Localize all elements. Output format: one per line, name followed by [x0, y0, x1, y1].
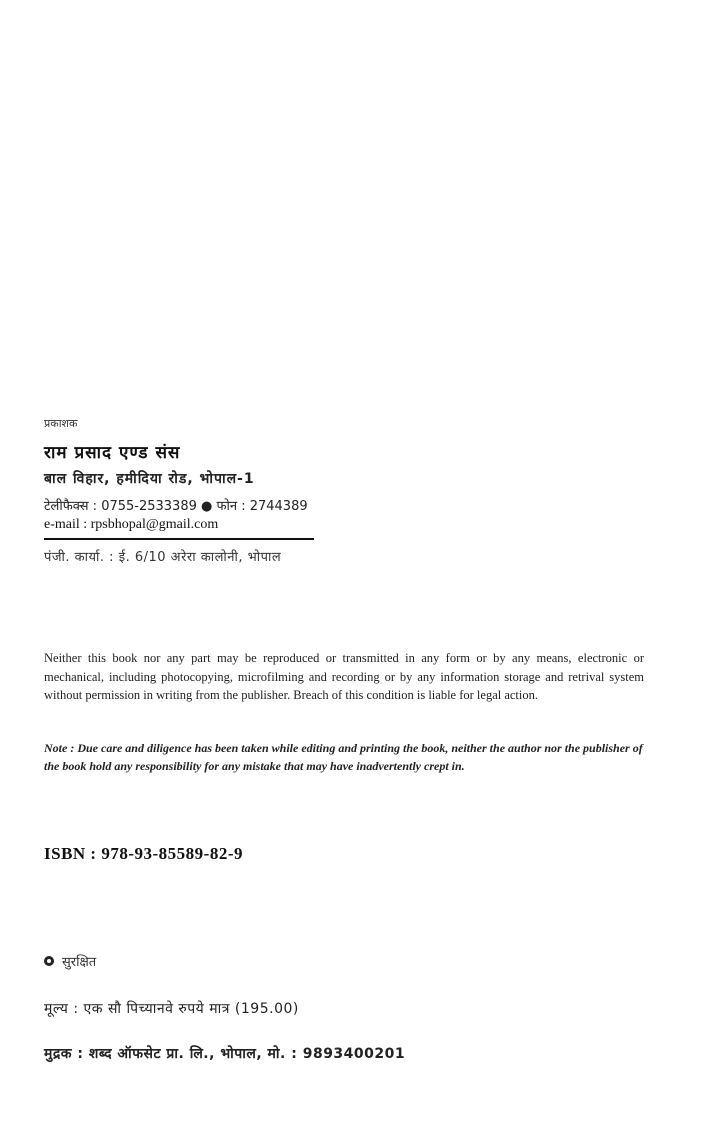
contact-divider [44, 538, 314, 540]
registered-office: पंजी. कार्या. : ई. 6/10 अरेरा कालोनी, भो… [44, 547, 281, 565]
rights-reserved: सुरक्षित [44, 952, 96, 970]
publisher-email: e-mail : rpsbhopal@gmail.com [44, 517, 218, 533]
publisher-label: प्रकाशक [44, 416, 77, 431]
rights-label: सुरक्षित [62, 952, 96, 970]
price: मूल्य : एक सौ पिच्यानवे रुपये मात्र (195… [44, 999, 299, 1018]
copyright-notice: Neither this book nor any part may be re… [44, 649, 644, 705]
publisher-phones: टेलीफैक्स : 0755-2533389 ● फोन : 2744389 [44, 496, 308, 514]
publisher-name: राम प्रसाद एण्ड संस [44, 440, 180, 463]
copyright-icon [44, 956, 54, 966]
isbn: ISBN : 978-93-85589-82-9 [44, 844, 243, 864]
publisher-address: बाल विहार, हमीदिया रोड, भोपाल-1 [44, 469, 255, 488]
printer: मुद्रक : शब्द ऑफसेट प्रा. लि., भोपाल, मो… [44, 1044, 405, 1063]
disclaimer-note: Note : Due care and diligence has been t… [44, 739, 644, 775]
